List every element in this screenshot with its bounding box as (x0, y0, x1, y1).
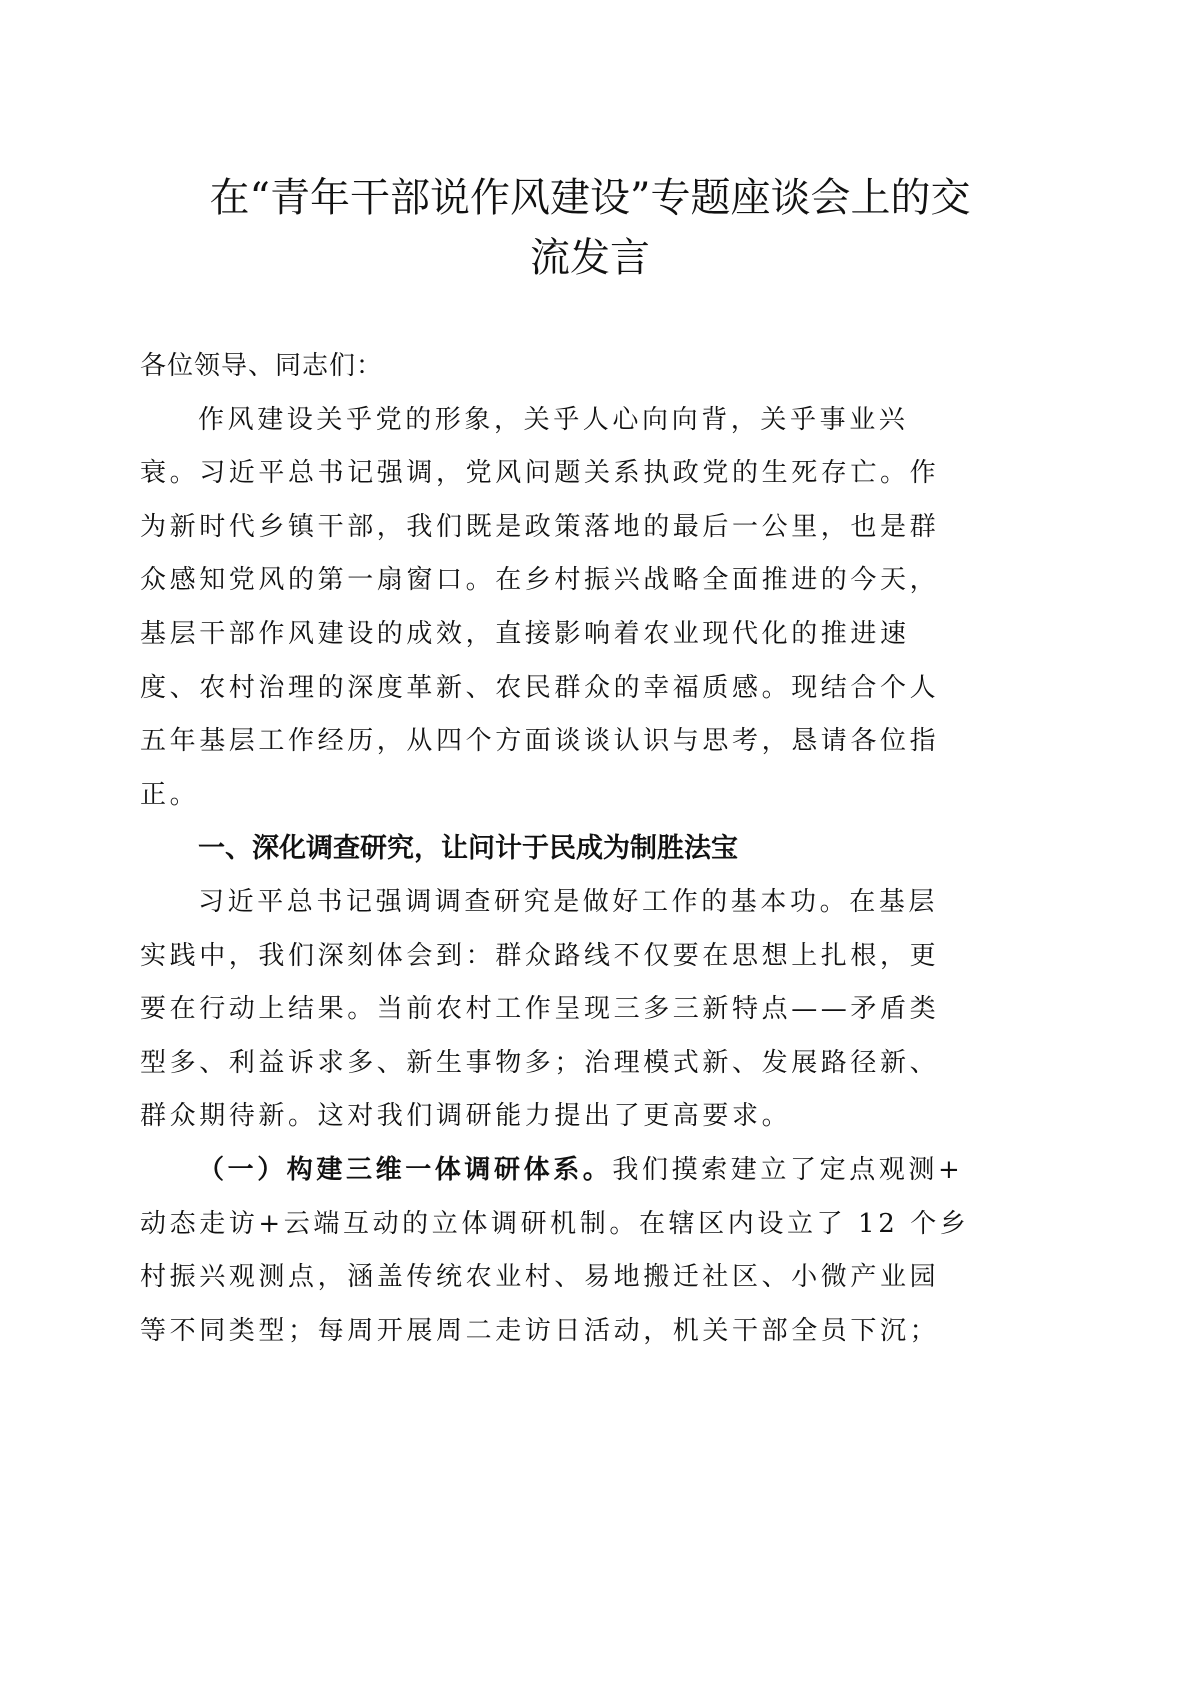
paragraph-line: 群众期待新。这对我们调研能力提出了更高要求。 (140, 1090, 1040, 1144)
paragraph-line: 村振兴观测点，涵盖传统农业村、易地搬迁社区、小微产业园 (140, 1251, 1040, 1305)
paragraph-line: （一）构建三维一体调研体系。我们摸索建立了定点观测+ (140, 1144, 1040, 1198)
paragraph-line: 衰。习近平总书记强调，党风问题关系执政党的生死存亡。作 (140, 447, 1040, 501)
paragraph-line: 正。 (140, 769, 1040, 823)
section-paragraph: 习近平总书记强调调查研究是做好工作的基本功。在基层 实践中，我们深刻体会到：群众… (140, 876, 1040, 1144)
document-page: 在“青年干部说作风建设”专题座谈会上的交 流发言 各位领导、同志们： 作风建设关… (0, 0, 1190, 1683)
paragraph-line: 五年基层工作经历，从四个方面谈谈认识与思考，恳请各位指 (140, 715, 1040, 769)
subsection-label: （一）构建三维一体调研体系。 (198, 1155, 612, 1185)
paragraph-line: 实践中，我们深刻体会到：群众路线不仅要在思想上扎根，更 (140, 930, 1040, 984)
subsection-paragraph: （一）构建三维一体调研体系。我们摸索建立了定点观测+ 动态走访+云端互动的立体调… (140, 1144, 1040, 1358)
title-line: 在“青年干部说作风建设”专题座谈会上的交 (140, 168, 1040, 228)
document-title: 在“青年干部说作风建设”专题座谈会上的交 流发言 (140, 168, 1040, 288)
paragraph-line: 度、农村治理的深度革新、农民群众的幸福质感。现结合个人 (140, 662, 1040, 716)
paragraph-line: 基层干部作风建设的成效，直接影响着农业现代化的推进速 (140, 608, 1040, 662)
title-line: 流发言 (140, 228, 1040, 288)
paragraph-line: 动态走访+云端互动的立体调研机制。在辖区内设立了 12 个乡 (140, 1198, 1040, 1252)
document-body: 各位领导、同志们： 作风建设关乎党的形象，关乎人心向向背，关乎事业兴 衰。习近平… (140, 340, 1040, 1358)
paragraph-line: 作风建设关乎党的形象，关乎人心向向背，关乎事业兴 (140, 394, 1040, 448)
paragraph-line: 型多、利益诉求多、新生事物多；治理模式新、发展路径新、 (140, 1037, 1040, 1091)
subsection-text: 我们摸索建立了定点观测+ (612, 1155, 963, 1185)
salutation: 各位领导、同志们： (140, 340, 1040, 394)
intro-paragraph: 作风建设关乎党的形象，关乎人心向向背，关乎事业兴 衰。习近平总书记强调，党风问题… (140, 394, 1040, 823)
paragraph-line: 众感知党风的第一扇窗口。在乡村振兴战略全面推进的今天， (140, 554, 1040, 608)
paragraph-line: 要在行动上结果。当前农村工作呈现三多三新特点——矛盾类 (140, 983, 1040, 1037)
paragraph-line: 习近平总书记强调调查研究是做好工作的基本功。在基层 (140, 876, 1040, 930)
paragraph-line: 等不同类型；每周开展周二走访日活动，机关干部全员下沉； (140, 1305, 1040, 1359)
section-heading: 一、深化调查研究，让问计于民成为制胜法宝 (140, 822, 1040, 876)
paragraph-line: 为新时代乡镇干部，我们既是政策落地的最后一公里，也是群 (140, 501, 1040, 555)
